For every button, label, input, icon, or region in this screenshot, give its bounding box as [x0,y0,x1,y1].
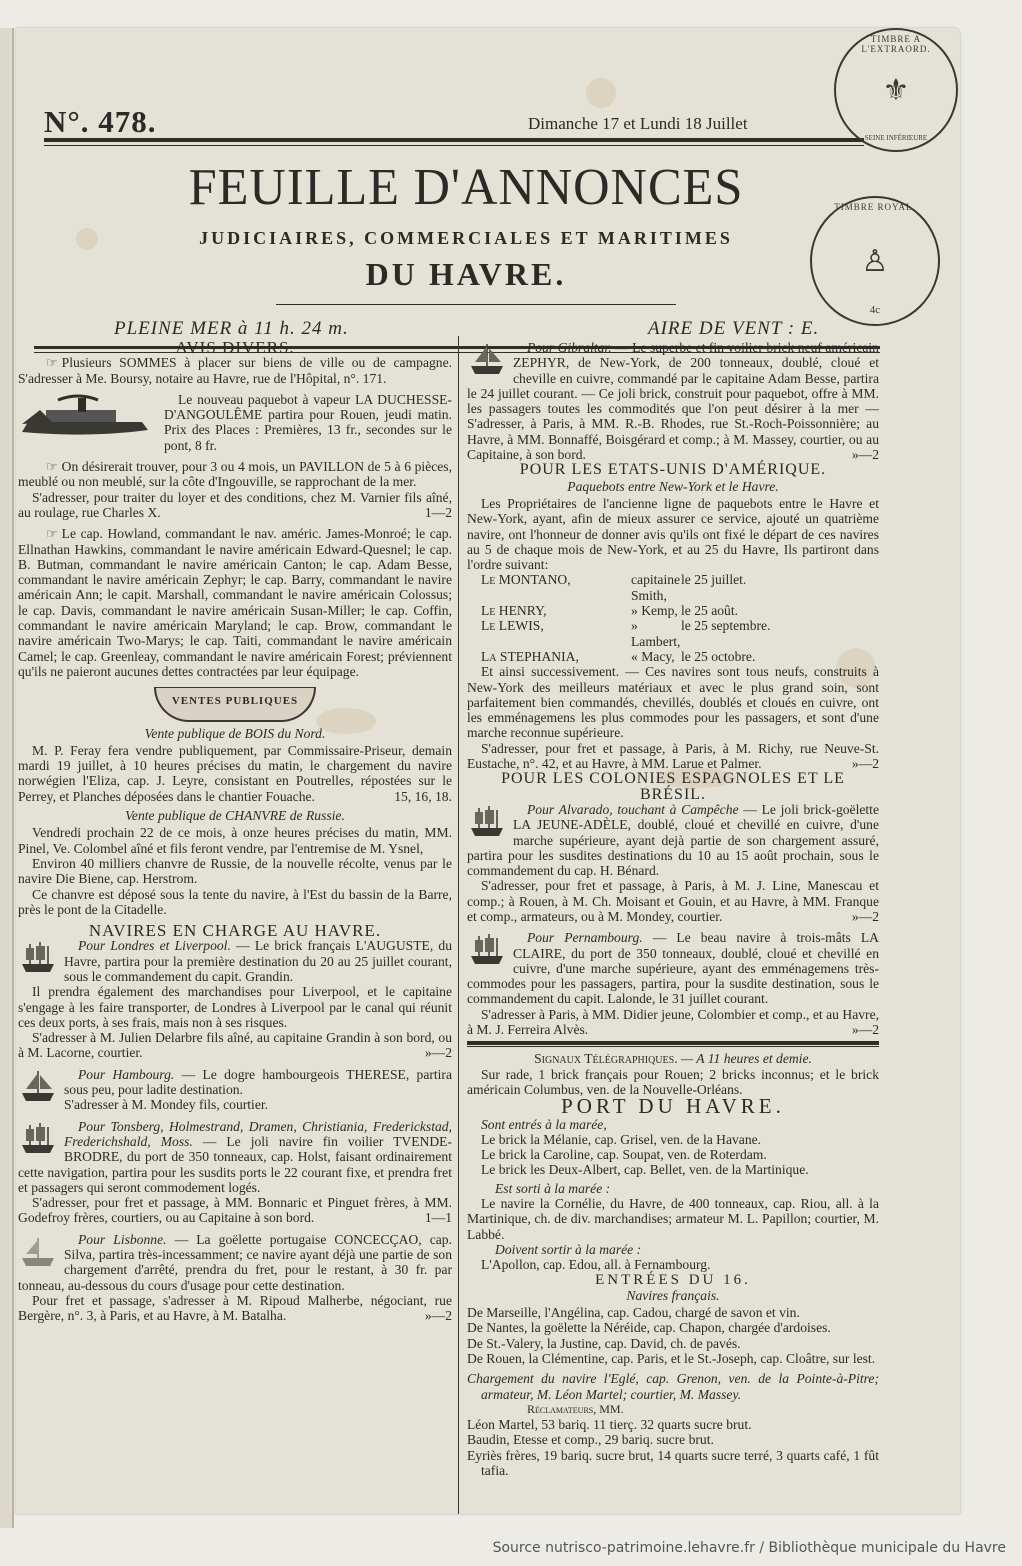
wind-info: AIRE DE VENT : E. [648,318,819,340]
avis-divers-heading: AVIS DIVERS. [18,340,452,355]
doivent-label: Doivent sortir à la marée : [467,1242,879,1257]
vente-chanvre-p2: Environ 40 milliers chanvre de Russie, d… [18,856,452,887]
section-rule [467,1037,879,1049]
navire-lisbonne-contact: Pour fret et passage, s'adresser à M. Ri… [18,1293,452,1324]
navire-lisbonne: Pour Lisbonne. — La goëlette portugaise … [18,1232,452,1293]
navire-pernambourg: Pour Pernambourg. — Le beau navire à tro… [467,930,879,1006]
header-rule [44,138,864,142]
steamboat-icon [18,394,158,438]
sailing-ship-icon [467,804,507,838]
navire-hambourg: Pour Hambourg. — Le dogre hambourgeois T… [18,1067,452,1113]
timbre-royal-stamp: TIMBRE ROYAL. ♙ 4c [810,196,940,326]
vente-bois-title: Vente publique de BOIS du Nord. [18,726,452,741]
notice-pavillon-contact: S'adresser, pour traiter du loyer et des… [18,490,452,521]
pointing-hand-icon: ☞ [32,526,58,541]
left-column: AVIS DIVERS. ☞Plusieurs SOMMES à placer … [18,340,452,1324]
right-column: Pour Gibraltar. — Le superbe et fin voil… [467,340,879,1478]
port-heading: PORT DU HAVRE. [467,1099,879,1114]
list-item: Le brick la Mélanie, cap. Grisel, ven. d… [467,1132,879,1147]
chargement-text: Chargement du navire l'Eglé, cap. Grenon… [467,1371,879,1402]
header-rule-thin [44,145,864,146]
notice-sommes: ☞Plusieurs SOMMES à placer sur biens de … [18,355,452,386]
column-divider [458,336,459,1514]
packet-ship-list: Le MONTANO,capitaine Smith,le 25 juillet… [467,572,879,664]
navire-londres-contact: S'adresser à M. Julien Delarbre fils aîn… [18,1030,452,1061]
list-item: Le LEWIS,» Lambert,le 25 septembre. [467,618,879,649]
vente-bois-text: M. P. Feray fera vendre publiquement, pa… [18,743,452,804]
timbre-extraordinaire-stamp: TIMBRE A L'EXTRAORD. ⚜ SEINE INFÉRIEURE [834,28,958,152]
entrees-subheading: Navires français. [467,1288,879,1303]
issue-date: Dimanche 17 et Lundi 18 Juillet [528,114,748,134]
colonies-heading: POUR LES COLONIES ESPAGNOLES ET LE BRÉSI… [467,771,879,802]
vente-chanvre-title: Vente publique de CHANVRE de Russie. [18,808,452,823]
adjacent-page-edge [0,28,14,1528]
usa-outro: Et ainsi successivement. — Ces navires s… [467,664,879,740]
sailing-ship-icon [18,940,58,974]
notice-paquebot: Le nouveau paquebot à vapeur LA DUCHESSE… [18,392,452,453]
list-item: La STEPHANIA,« Macy,le 25 octobre. [467,649,879,664]
vente-chanvre-p3: Ce chanvre est déposé sous la tente du n… [18,887,452,918]
vente-chanvre-p1: Vendredi prochain 22 de ce mois, à onze … [18,825,452,856]
list-item: Le MONTANO,capitaine Smith,le 25 juillet… [467,572,879,603]
list-item: De St.-Valery, la Justine, cap. David, c… [467,1336,879,1351]
navire-pernambourg-contact: S'adresser à Paris, à MM. Didier jeune, … [467,1007,879,1038]
sorti-text: Le navire la Cornélie, du Havre, de 400 … [467,1196,879,1242]
navire-alvarado: Pour Alvarado, touchant à Campêche — Le … [467,802,879,878]
list-item: Baudin, Etesse et comp., 29 bariq. sucre… [467,1432,879,1447]
notice-captains: ☞Le cap. Howland, commandant le nav. amé… [18,526,452,679]
royal-figure-icon: ♙ [862,244,889,279]
list-item: Le HENRY,» Kemp,le 25 août. [467,603,879,618]
navire-tonsberg: Pour Tonsberg, Holmestrand, Dramen, Chri… [18,1119,452,1195]
navire-londres-p2: Il prendra également des marchandises po… [18,984,452,1030]
list-item: Le brick les Deux-Albert, cap. Bellet, v… [467,1162,879,1177]
masthead-title: FEUILLE D'ANNONCES [30,158,903,217]
sailing-ship-icon [467,932,507,966]
list-item: De Rouen, la Clémentine, cap. Paris, et … [467,1351,879,1366]
signaux-heading: Signaux Télégraphiques. — A 11 heures et… [467,1051,879,1066]
usa-contact: S'adresser, pour fret et passage, à Pari… [467,741,879,772]
masthead-rule [276,304,676,305]
sailing-ship-icon [18,1121,58,1155]
reclamateurs-label: Réclamateurs, MM. [467,1402,879,1417]
notice-pavillon: ☞On désirerait trouver, pour 3 ou 4 mois… [18,459,452,490]
ventes-publiques-banner: VENTES PUBLIQUES [18,687,452,721]
source-attribution: Source nutrisco-patrimoine.lehavre.fr / … [493,1540,1006,1556]
sailing-ship-icon [467,342,507,376]
sailing-ship-icon [18,1234,58,1268]
navires-heading: NAVIRES EN CHARGE AU HAVRE. [18,923,452,938]
tide-info: PLEINE MER à 11 h. 24 m. [114,318,349,340]
pointing-hand-icon: ☞ [32,355,58,370]
masthead-subtitle: JUDICIAIRES, COMMERCIALES ET MARITIMES [16,228,916,249]
navire-tonsberg-contact: S'adresser, pour fret et passage, à MM. … [18,1195,452,1226]
list-item: Le brick la Caroline, cap. Soupat, ven. … [467,1147,879,1162]
sailing-ship-icon [18,1069,58,1103]
fleur-de-lis-shield-icon: ⚜ [883,73,910,108]
list-item: Eyriès frères, 19 bariq. sucre brut, 14 … [467,1448,879,1479]
entrees-heading: ENTRÉES DU 16. [467,1273,879,1288]
navire-alvarado-contact: S'adresser, pour fret et passage, à Pari… [467,878,879,924]
navire-londres: Pour Londres et Liverpool. — Le brick fr… [18,938,452,984]
list-item: De Marseille, l'Angélina, cap. Cadou, ch… [467,1305,879,1320]
doivent-text: L'Apollon, cap. Edou, all. à Fernambourg… [467,1257,879,1272]
sorti-label: Est sorti à la marée : [467,1181,879,1196]
signaux-text: Sur rade, 1 brick français pour Rouen; 2… [467,1067,879,1098]
masthead-city: DU HAVRE. [16,256,916,293]
usa-heading: POUR LES ETATS-UNIS D'AMÉRIQUE. [467,462,879,477]
usa-subheading: Paquebots entre New-York et le Havre. [467,479,879,494]
list-item: Léon Martel, 53 bariq. 11 tierç. 32 quar… [467,1417,879,1432]
issue-number: N°. 478. [44,104,157,140]
pointing-hand-icon: ☞ [32,459,58,474]
list-item: De Nantes, la goëlette la Néréide, cap. … [467,1320,879,1335]
usa-intro: Les Propriétaires de l'ancienne ligne de… [467,496,879,572]
navire-gibraltar: Pour Gibraltar. — Le superbe et fin voil… [467,340,879,462]
entres-label: Sont entrés à la marée, [467,1117,879,1132]
